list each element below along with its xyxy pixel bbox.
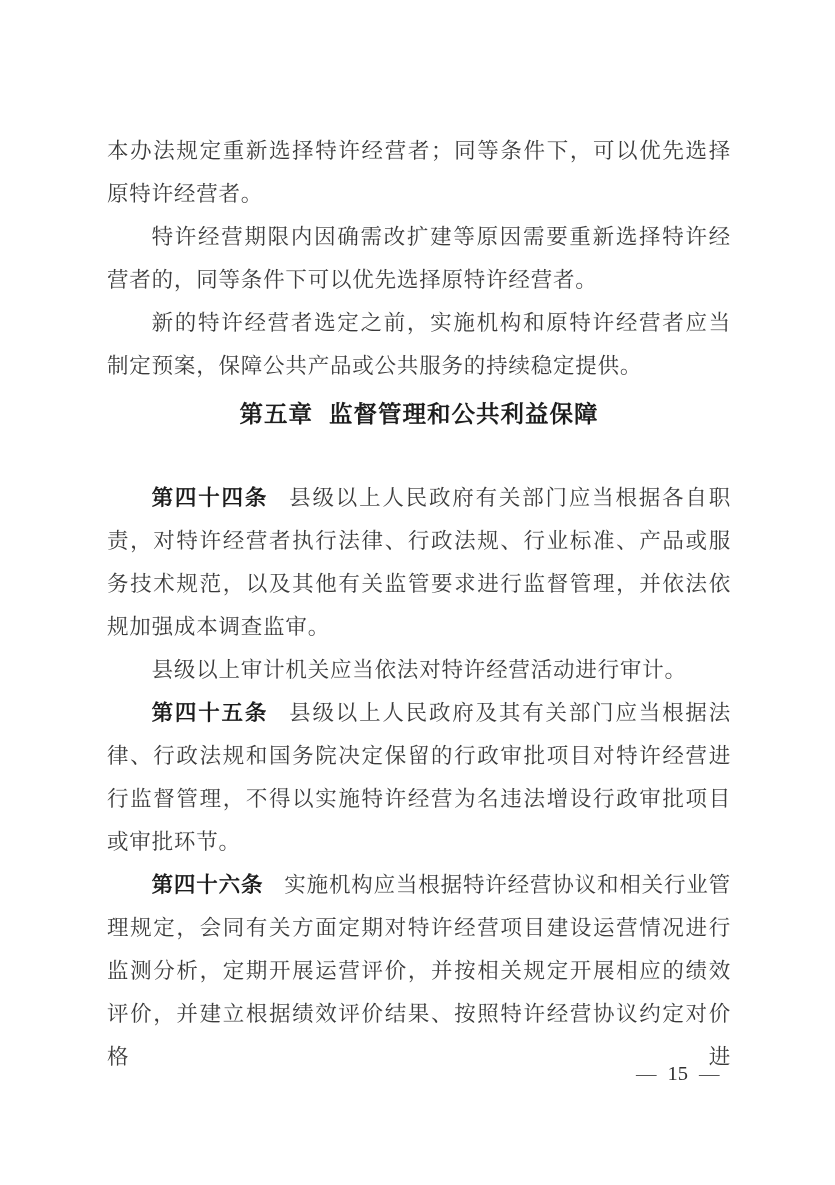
article-text: 县级以上审计机关应当依法对特许经营活动进行审计。 <box>152 658 687 682</box>
article-text: 实施机构应当根据特许经营协议和相关行业管理规定，会同有关方面定期对特许经营项目建… <box>107 873 731 1069</box>
page-number-right-dash: — <box>699 1063 720 1085</box>
article-number: 第四十六条 <box>152 873 264 897</box>
article-paragraph: 第四十五条县级以上人民政府及其有关部门应当根据法律、行政法规和国务院决定保留的行… <box>107 692 731 864</box>
article-paragraph: 第四十四条县级以上人民政府有关部门应当根据各自职责，对特许经营者执行法律、行政法… <box>107 477 731 649</box>
document-content: 本办法规定重新选择特许经营者；同等条件下，可以优先选择原特许经营者。 特许经营期… <box>107 130 731 1079</box>
body-paragraph: 新的特许经营者选定之前，实施机构和原特许经营者应当制定预案，保障公共产品或公共服… <box>107 302 731 388</box>
body-paragraph: 特许经营期限内因确需改扩建等原因需要重新选择特许经营者的，同等条件下可以优先选择… <box>107 216 731 302</box>
chapter-heading: 第五章监督管理和公共利益保障 <box>107 388 731 440</box>
page-number-left-dash: — <box>636 1063 657 1085</box>
article-number: 第四十四条 <box>152 486 269 510</box>
article-number: 第四十五条 <box>152 701 269 725</box>
body-paragraph: 本办法规定重新选择特许经营者；同等条件下，可以优先选择原特许经营者。 <box>107 130 731 216</box>
page-number-value: 15 <box>668 1063 689 1085</box>
page-number: —15— <box>636 1060 720 1088</box>
article-paragraph: 县级以上审计机关应当依法对特许经营活动进行审计。 <box>107 649 731 692</box>
article-paragraph: 第四十六条实施机构应当根据特许经营协议和相关行业管理规定，会同有关方面定期对特许… <box>107 864 731 1079</box>
document-page: 本办法规定重新选择特许经营者；同等条件下，可以优先选择原特许经营者。 特许经营期… <box>0 0 835 1185</box>
chapter-number: 第五章 <box>240 401 314 427</box>
chapter-title: 监督管理和公共利益保障 <box>329 401 599 427</box>
